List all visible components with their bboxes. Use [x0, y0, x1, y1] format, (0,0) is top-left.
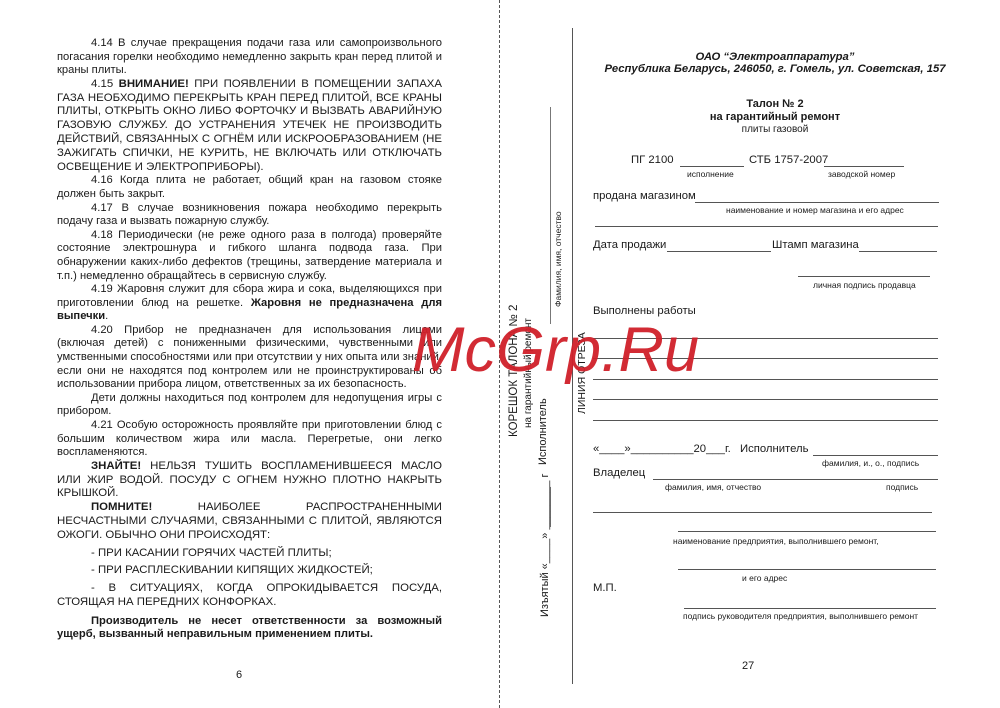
standard-label: СТБ 1757-2007 — [749, 154, 828, 166]
caption-seller-sign: личная подпись продавца — [813, 280, 916, 290]
stub-executor-caption: Фамилия, имя, отчество — [553, 211, 563, 307]
head-signature-field[interactable] — [684, 608, 936, 609]
executor-field[interactable] — [813, 455, 938, 456]
shop-field-line2[interactable] — [595, 226, 938, 227]
caption-executor: фамилия, и., о., подпись — [822, 458, 919, 468]
seller-signature-field[interactable] — [798, 276, 930, 277]
stub-withdrawn: Изъятый «____» ________ г — [539, 474, 551, 617]
page-number-right: 27 — [742, 660, 754, 672]
caption-owner-sign: подпись — [886, 482, 918, 492]
sale-date-field[interactable] — [667, 251, 771, 252]
paragraph-4-16: 4.16 Когда плита не работает, общий кран… — [57, 174, 442, 201]
paragraph-children: Дети должны находиться под контролем для… — [57, 392, 442, 419]
enterprise-field[interactable] — [678, 531, 936, 532]
stub-executor-label: Исполнитель — [537, 398, 549, 465]
serial-number-field[interactable] — [824, 166, 904, 167]
caption-shop: наименование и номер магазина и его адре… — [726, 205, 904, 215]
paragraph-4-20: 4.20 Прибор не предназначен для использо… — [57, 324, 442, 392]
caption-version: исполнение — [687, 169, 734, 179]
stamp-label: М.П. — [593, 582, 617, 594]
owner-field[interactable] — [653, 479, 938, 480]
company-address: Республика Беларусь, 246050, г. Гомель, … — [590, 63, 960, 75]
paragraph-4-21: 4.21 Особую осторожность проявляйте при … — [57, 419, 442, 460]
p419-end: . — [105, 310, 108, 322]
works-line[interactable] — [593, 420, 938, 421]
paragraph-know: ЗНАЙТЕ! НЕЛЬЗЯ ТУШИТЬ ВОСПЛАМЕНИВШЕЕСЯ М… — [57, 460, 442, 501]
caption-serial: заводской номер — [828, 169, 895, 179]
coupon-title: Талон № 2 — [590, 98, 960, 110]
p415-label: 4.15 — [91, 78, 119, 90]
stub-name-line — [550, 107, 551, 324]
know-label: ЗНАЙТЕ! — [91, 460, 141, 472]
enterprise-address-field[interactable] — [678, 569, 936, 570]
sale-date-label: Дата продажи — [593, 239, 666, 251]
sold-by-label: продана магазином — [593, 190, 696, 202]
caption-owner-name: фамилия, имя, отчество — [665, 482, 761, 492]
version-field[interactable] — [680, 166, 744, 167]
coupon-subtitle: на гарантийный ремонт — [590, 111, 960, 123]
disclaimer: Производитель не несет ответственности з… — [57, 615, 442, 642]
list-item: - ПРИ КАСАНИИ ГОРЯЧИХ ЧАСТЕЙ ПЛИТЫ; — [57, 547, 442, 561]
shop-stamp-field[interactable] — [859, 251, 937, 252]
p415-text: ПРИ ПОЯВЛЕНИИ В ПОМЕЩЕНИИ ЗАПАХА ГАЗА НЕ… — [57, 78, 442, 173]
watermark-logo: McGrp.Ru — [412, 314, 699, 386]
owner-label: Владелец — [593, 467, 645, 479]
p415-warning: ВНИМАНИЕ! — [119, 78, 189, 90]
list-item: - В СИТУАЦИЯХ, КОГДА ОПРОКИДЫВАЕТСЯ ПОСУ… — [57, 582, 442, 610]
works-line[interactable] — [593, 399, 938, 400]
list-item: - ПРИ РАСПЛЕСКИВАНИИ КИПЯЩИХ ЖИДКОСТЕЙ; — [57, 564, 442, 578]
model-label: ПГ 2100 — [631, 154, 674, 166]
remember-label: ПОМНИТЕ! — [91, 501, 152, 513]
caption-enterprise: наименование предприятия, выполнившего р… — [673, 536, 879, 546]
left-page-text: 4.14 В случае прекращения подачи газа ил… — [57, 37, 442, 642]
page-number-left: 6 — [236, 669, 242, 681]
paragraph-4-14: 4.14 В случае прекращения подачи газа ил… — [57, 37, 442, 78]
paragraph-remember: ПОМНИТЕ! НАИБОЛЕЕ РАСПРОСТРАНЕННЫМИ НЕСЧ… — [57, 501, 442, 542]
repair-date: «____»__________20___г. — [593, 443, 731, 455]
company-name: ОАО “Электроаппаратура” — [590, 51, 960, 63]
paragraph-4-18: 4.18 Периодически (не реже одного раза в… — [57, 229, 442, 283]
enterprise-line[interactable] — [593, 512, 932, 513]
shop-field[interactable] — [695, 202, 939, 203]
caption-head-sign: подпись руководителя предприятия, выполн… — [683, 611, 918, 621]
paragraph-4-17: 4.17 В случае возникновения пожара необх… — [57, 202, 442, 229]
caption-address: и его адрес — [742, 573, 787, 583]
coupon-product: плиты газовой — [590, 124, 960, 135]
paragraph-4-15: 4.15 ВНИМАНИЕ! ПРИ ПОЯВЛЕНИИ В ПОМЕЩЕНИИ… — [57, 78, 442, 175]
shop-stamp-label: Штамп магазина — [772, 239, 859, 251]
executor-label: Исполнитель — [740, 443, 809, 455]
paragraph-4-19: 4.19 Жаровня служит для сбора жира и сок… — [57, 283, 442, 324]
